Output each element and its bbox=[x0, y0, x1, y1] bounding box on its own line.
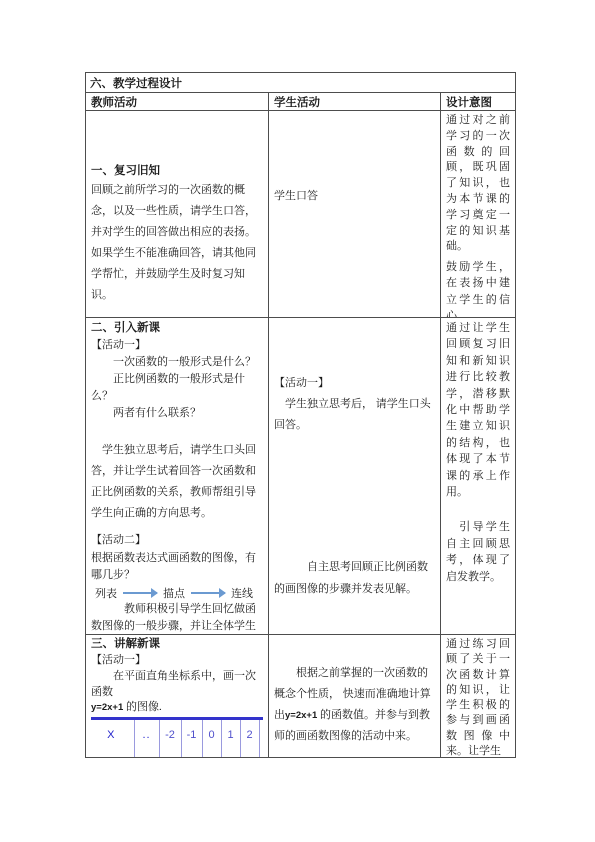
row2-teacher-paragraph: 学生独立思考后，请学生口头回答，并让学生试着回答一次函数和正比例函数的关系，教师… bbox=[91, 440, 263, 524]
x-cell: .. bbox=[134, 719, 159, 750]
row1-intent-paragraph: 通过对之前学习的一次函数的回顾，既巩固了知识，也为本节课的学习奠定一定的知识基础… bbox=[446, 113, 510, 255]
row2-intent-paragraph: 通过让学生回顾复习旧知和新知识进行比较教学，潜移默化中帮助学生建立知识的结构，也… bbox=[446, 320, 510, 500]
row1-intent-paragraph: 鼓励学生，在表扬中建立学生的信心。 bbox=[446, 259, 510, 317]
row3-teacher-cell: 三、讲解新课 【活动一】 在平面直角坐标系中，画一次函数 y=2x+1 的图像.… bbox=[86, 635, 269, 758]
function-value-table: X .. -2 -1 0 1 2 ... y=2x+1 ... -3 bbox=[91, 717, 263, 757]
column-header-row: 教师活动 学生活动 设计意图 bbox=[86, 93, 516, 111]
y-cell: 5 bbox=[240, 750, 259, 758]
row1-student-cell: 学生口答 bbox=[269, 111, 441, 318]
equation-y-2x-1: y=2x+1 bbox=[285, 710, 317, 721]
x-cell: ... bbox=[259, 719, 263, 750]
row3-student-cell: 根据之前掌握的一次函数的概念个性质， 快速而准确地计算出y=2x+1 的函数值。… bbox=[269, 635, 441, 758]
y-cell: 3 bbox=[221, 750, 240, 758]
table-row: 二、引入新课 【活动一】 一次函数的一般形式是什么？ 正比例函数的一般形式是什么… bbox=[86, 318, 516, 635]
row3-student-paragraph: 根据之前掌握的一次函数的概念个性质， 快速而准确地计算出y=2x+1 的函数值。… bbox=[274, 663, 435, 747]
row1-teacher-cell: 一、复习旧知 回顾之前所学习的一次函数的概念，以及一些性质，请学生口答，并对学生… bbox=[86, 111, 269, 318]
row3-teacher-line: y=2x+1 的图像. bbox=[91, 700, 263, 715]
row3-intent-paragraph: 通过练习回顾了关于一次函数计算的知识，让学生积极的参与到画函数图像中来。让学生 bbox=[446, 637, 510, 757]
table-row: 三、讲解新课 【活动一】 在平面直角坐标系中，画一次函数 y=2x+1 的图像.… bbox=[86, 635, 516, 758]
row3-teacher-heading: 三、讲解新课 bbox=[91, 637, 263, 652]
row1-teacher-body: 回顾之前所学习的一次函数的概念，以及一些性质，请学生口答，并对学生的回答做出相应… bbox=[91, 180, 263, 306]
equation-y-2x-1: y=2x+1 bbox=[91, 702, 123, 713]
x-row: X .. -2 -1 0 1 2 ... bbox=[91, 719, 263, 750]
y-cell: ... bbox=[259, 750, 263, 758]
right-arrow-icon bbox=[123, 592, 157, 594]
row2-student-paragraph: 自主思考回顾正比例函数的画图像的步骤并发表见解。 bbox=[274, 556, 435, 600]
row2-intent-paragraph: 引导学生自主回顾思考，体现了启发教学。 bbox=[446, 519, 510, 585]
y-cell: -3 bbox=[159, 750, 181, 758]
row1-intent-cell: 通过对之前学习的一次函数的回顾，既巩固了知识，也为本节课的学习奠定一定的知识基础… bbox=[441, 111, 516, 318]
header-student-activity: 学生活动 bbox=[269, 93, 441, 111]
y-row-label: y=2x+1 bbox=[91, 750, 134, 758]
row2-intent-cell: 通过让学生回顾复习旧知和新知识进行比较教学，潜移默化中帮助学生建立知识的结构，也… bbox=[441, 318, 516, 635]
row3-activity-label: 【活动一】 bbox=[91, 652, 263, 668]
row2-teacher-cell: 二、引入新课 【活动一】 一次函数的一般形式是什么？ 正比例函数的一般形式是什么… bbox=[86, 318, 269, 635]
lesson-plan-table: 六、教学过程设计 教师活动 学生活动 设计意图 一、复习旧知 回顾之前所学习的一… bbox=[85, 72, 516, 758]
section-title: 六、教学过程设计 bbox=[86, 73, 516, 93]
row2-activity2-block: 【活动二】 根据函数表达式画函数的图像，有哪几步？ bbox=[91, 532, 263, 585]
x-cell: -2 bbox=[159, 719, 181, 750]
steps-flow-diagram: 列表 描点 连线 bbox=[95, 585, 263, 601]
row3-teacher-line: 在平面直角坐标系中，画一次函数 bbox=[91, 668, 263, 700]
row2-teacher-heading: 二、引入新课 bbox=[91, 320, 263, 337]
table-row: 一、复习旧知 回顾之前所学习的一次函数的概念，以及一些性质，请学生口答，并对学生… bbox=[86, 111, 516, 318]
flow-step-connect: 连线 bbox=[231, 585, 253, 601]
flow-step-plot: 描点 bbox=[163, 585, 185, 601]
row1-student-text: 学生口答 bbox=[274, 186, 435, 207]
header-teacher-activity: 教师活动 bbox=[86, 93, 269, 111]
row2-teacher-paragraph: 教师积极引导学生回忆做函数图像的一般步骤，并让全体学生牢记这个方法。 bbox=[91, 601, 263, 635]
header-design-intent: 设计意图 bbox=[441, 93, 516, 111]
x-cell: 1 bbox=[221, 719, 240, 750]
row2-student-paragraph: 【活动一】 学生独立思考后， 请学生口头回答。 bbox=[274, 373, 435, 436]
x-cell: 2 bbox=[240, 719, 259, 750]
x-cell: 0 bbox=[202, 719, 221, 750]
row3-line-suffix: 的图像. bbox=[123, 701, 162, 713]
y-cell: 1 bbox=[202, 750, 221, 758]
row2-student-cell: 【活动一】 学生独立思考后， 请学生口头回答。 自主思考回顾正比例函数的画图像的… bbox=[269, 318, 441, 635]
row2-activity1-block: 【活动一】 一次函数的一般形式是什么？ 正比例函数的一般形式是什么？ 两者有什么… bbox=[91, 337, 263, 422]
y-cell: ... bbox=[134, 750, 159, 758]
flow-step-list: 列表 bbox=[95, 585, 117, 601]
x-cell: -1 bbox=[181, 719, 202, 750]
x-row-label: X bbox=[91, 719, 134, 750]
row3-intent-cell: 通过练习回顾了关于一次函数计算的知识，让学生积极的参与到画函数图像中来。让学生 bbox=[441, 635, 516, 758]
y-row: y=2x+1 ... -3 -1 1 3 5 ... bbox=[91, 750, 263, 758]
y-cell: -1 bbox=[181, 750, 202, 758]
right-arrow-icon bbox=[191, 592, 225, 594]
row1-teacher-heading: 一、复习旧知 bbox=[91, 162, 263, 180]
section-title-row: 六、教学过程设计 bbox=[86, 73, 516, 93]
document-page: 六、教学过程设计 教师活动 学生活动 设计意图 一、复习旧知 回顾之前所学习的一… bbox=[0, 0, 595, 842]
